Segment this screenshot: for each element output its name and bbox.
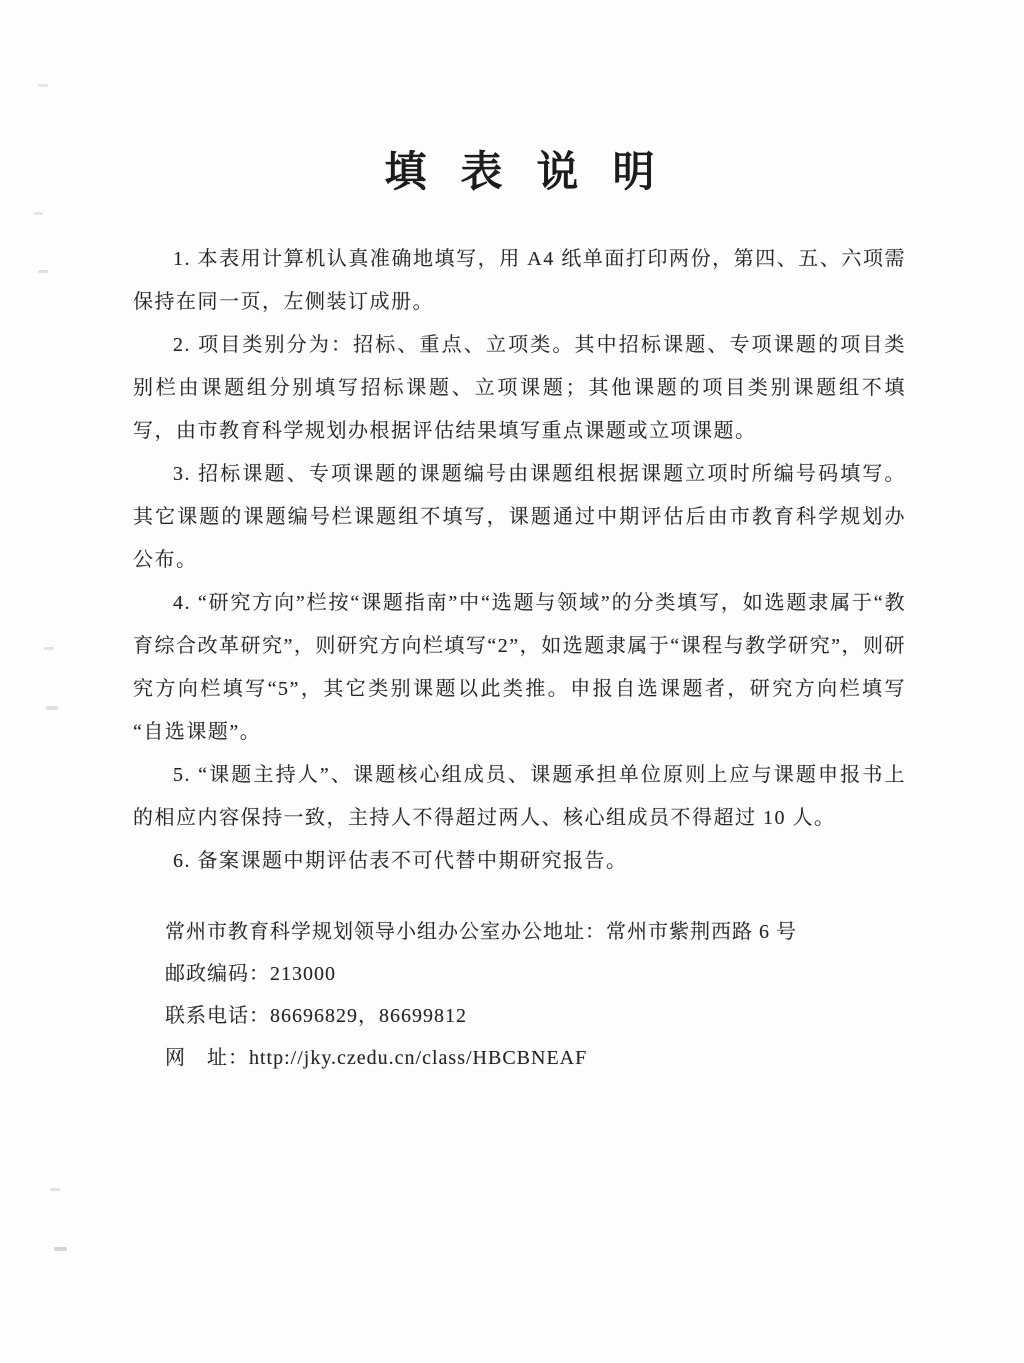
- instruction-item-4: 4. “研究方向”栏按“课题指南”中“选题与领域”的分类填写，如选题隶属于“教育…: [133, 582, 906, 754]
- instruction-item-3: 3. 招标课题、专项课题的课题编号由课题组根据课题立项时所编号码填写。其它课题的…: [133, 453, 906, 582]
- scan-artifact: [50, 1188, 60, 1191]
- scan-artifact: [54, 1247, 67, 1251]
- document-content: 填表说明 1. 本表用计算机认真准确地填写，用 A4 纸单面打印两份，第四、五、…: [133, 148, 906, 1079]
- scan-artifact: [46, 706, 58, 710]
- scanned-document-page: 填表说明 1. 本表用计算机认真准确地填写，用 A4 纸单面打印两份，第四、五、…: [0, 0, 1024, 1363]
- contact-phone: 联系电话：86696829，86699812: [165, 995, 906, 1037]
- instructions-list: 1. 本表用计算机认真准确地填写，用 A4 纸单面打印两份，第四、五、六项需保持…: [133, 238, 906, 883]
- contact-address: 常州市教育科学规划领导小组办公室办公地址：常州市紫荆西路 6 号: [165, 911, 906, 953]
- contact-postal-code: 邮政编码：213000: [165, 953, 906, 995]
- contact-website: 网 址：http://jky.czedu.cn/class/HBCBNEAF: [165, 1037, 906, 1079]
- instruction-item-1: 1. 本表用计算机认真准确地填写，用 A4 纸单面打印两份，第四、五、六项需保持…: [133, 238, 906, 324]
- contact-block: 常州市教育科学规划领导小组办公室办公地址：常州市紫荆西路 6 号 邮政编码：21…: [133, 911, 906, 1079]
- page-title: 填表说明: [133, 148, 906, 196]
- instruction-item-5: 5. “课题主持人”、课题核心组成员、课题承担单位原则上应与课题申报书上的相应内…: [133, 754, 906, 840]
- scan-artifact: [34, 212, 43, 215]
- scan-artifact: [38, 84, 48, 87]
- scan-artifact: [44, 647, 54, 650]
- instruction-item-6: 6. 备案课题中期评估表不可代替中期研究报告。: [133, 840, 906, 883]
- scan-artifact: [38, 270, 48, 273]
- instruction-item-2: 2. 项目类别分为：招标、重点、立项类。其中招标课题、专项课题的项目类别栏由课题…: [133, 324, 906, 453]
